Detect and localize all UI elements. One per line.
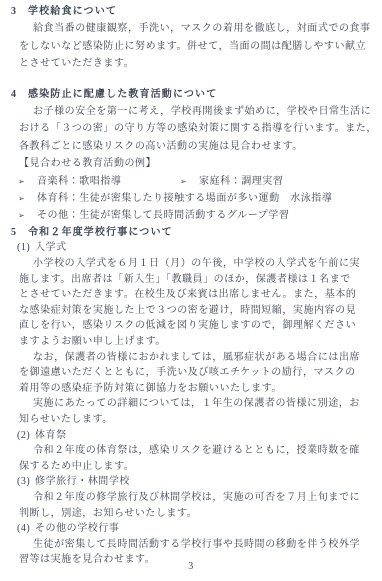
page-number: 3 [0, 560, 382, 574]
text-line: とさせていただきます。 [0, 55, 382, 72]
section-number: 3 [11, 3, 28, 20]
text-line: な感染症対策を実施した上で３つの密を避け，時間短縮，実施内容の見 [0, 303, 382, 319]
bullet-item: ➢その他：生徒が密集して長時間活動するグループ学習 [0, 207, 382, 224]
text-line: とさせていただきます。在校生及び来賓は出席しません。また，基本的 [0, 287, 382, 303]
section-title: 令和２年度学校行事について [28, 227, 173, 238]
subsection-heading: (4)その他の学校行事 [0, 521, 382, 537]
subsection-label: (4) [17, 521, 35, 537]
text-line: おける「３つの密」の守り方等の感染対策に関する指導を行います。また， [0, 120, 382, 137]
section-title: 感染防止に配慮した教育活動について [28, 89, 217, 100]
subsection-heading: (3)修学旅行・林間学校 [0, 474, 382, 490]
text-line: 給食当番の健康観察，手洗い，マスクの着用を徹底し，対面式での食事 [0, 20, 382, 37]
text-line: 令和２年度の体育祭は，感染リスクを避けるとともに，授業時数を確 [0, 443, 382, 459]
arrow-bullet-icon: ➢ [18, 173, 37, 190]
subsection-title: 体育祭 [35, 430, 67, 441]
text-line: 各教科ごとに感染リスクの高い活動の実施は見合わせます。 [0, 138, 382, 155]
section-title: 学校給食について [28, 6, 117, 17]
subsection-title: 修学旅行・林間学校 [35, 476, 130, 487]
text-line: 直しを行い，感染リスクの低減を図り実施しますので，御理解ください [0, 318, 382, 334]
text-line: お子様の安全を第一に考え，学校再開後まず始めに，学校や日常生活に [0, 103, 382, 120]
subsection-heading: (2)体育祭 [0, 428, 382, 444]
arrow-bullet-icon: ➢ [180, 173, 199, 190]
text-line: 施します。出席者は「新入生」「教職員」のほか，保護者様は１名まで [0, 272, 382, 288]
text-line: 小学校の入学式を６月１日（月）の午後，中学校の入学式を午前に実 [0, 256, 382, 272]
section-number: 5 [11, 225, 28, 241]
example-list-header: 【見合わせる教育活動の例】 [0, 155, 382, 172]
text-line: 判断し，別途，お知らせいたします。 [0, 506, 382, 522]
text-line: なお，保護者の皆様におかれましては，風邪症状がある場合には出席 [0, 350, 382, 366]
text-line: 生徒が密集して長時間活動する学校行事や長時間の移動を伴う校外学 [0, 537, 382, 553]
subsection-heading: (1)入学式 [0, 240, 382, 256]
section-school-events: 5令和２年度学校行事について (1)入学式 小学校の入学式を６月１日（月）の午後… [0, 225, 382, 568]
section-heading: 3学校給食について [0, 3, 382, 20]
text-line: 令和２年度の修学旅行及び林間学校は，実施の可否を７月上旬までに [0, 490, 382, 506]
bullet-text: 音楽科：歌唱指導 [37, 173, 180, 190]
bullet-text: その他：生徒が密集して長時間活動するグループ学習 [37, 207, 289, 224]
text-line: 知らせいたします。 [0, 412, 382, 428]
document-page: 3学校給食について 給食当番の健康観察，手洗い，マスクの着用を徹底し，対面式での… [0, 0, 382, 581]
subsection-title: 入学式 [35, 242, 67, 253]
bullet-item: ➢体育科：生徒が密集したり接触する場面が多い運動 水泳指導 [0, 190, 382, 207]
arrow-bullet-icon: ➢ [18, 190, 37, 207]
subsection-label: (3) [17, 474, 35, 490]
bullet-text: 体育科：生徒が密集したり接触する場面が多い運動 水泳指導 [37, 190, 332, 207]
section-heading: 5令和２年度学校行事について [0, 225, 382, 241]
section-school-lunch: 3学校給食について 給食当番の健康観察，手洗い，マスクの着用を徹底し，対面式での… [0, 3, 382, 73]
section-number: 4 [11, 86, 28, 103]
arrow-bullet-icon: ➢ [18, 207, 37, 224]
bullet-text: 家庭科：調理実習 [199, 173, 283, 190]
text-line: を御遠慮いただくとともに，手洗い及び咳エチケットの励行，マスクの [0, 365, 382, 381]
text-line: 保するため中止します。 [0, 459, 382, 475]
subsection-label: (1) [17, 240, 35, 256]
subsection-title: その他の学校行事 [35, 523, 119, 534]
section-education-activities: 4感染防止に配慮した教育活動について お子様の安全を第一に考え，学校再開後まず始… [0, 86, 382, 225]
text-line: 実施にあたっての詳細については，１年生の保護者の皆様に別途，お [0, 396, 382, 412]
text-line: をしないなど感染防止に努めます。併せて，当面の間は配膳しやすい献立 [0, 38, 382, 55]
text-line: 着用等の感染症予防対策に御協力をお願いいたします。 [0, 381, 382, 397]
text-line: ますようお願い申し上げます。 [0, 334, 382, 350]
subsection-label: (2) [17, 428, 35, 444]
section-heading: 4感染防止に配慮した教育活動について [0, 86, 382, 103]
bullet-item: ➢音楽科：歌唱指導➢家庭科：調理実習 [0, 173, 382, 190]
